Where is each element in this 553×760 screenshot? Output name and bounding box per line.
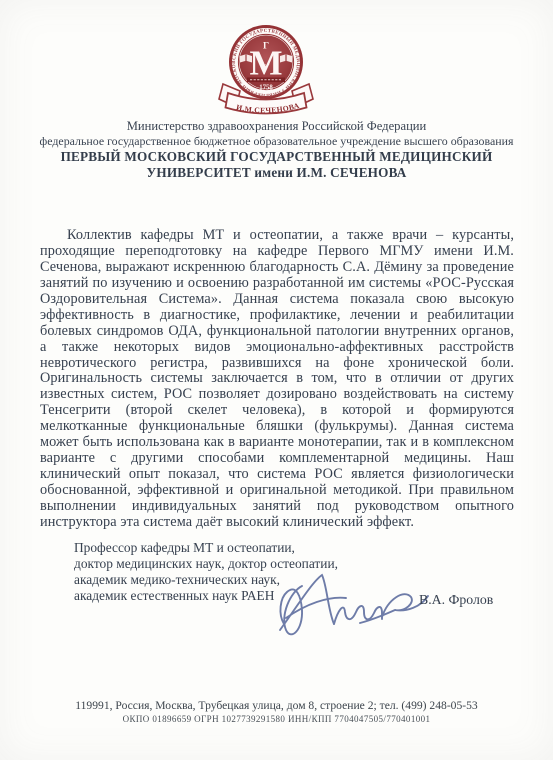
signature-ink-strokes xyxy=(280,575,428,634)
letter-page: ПЕРВЫЙ МОСКОВСКИЙ ГОСУДАРСТВЕННЫЙ МЕДИЦИ… xyxy=(0,0,553,760)
university-name-line2: УНИВЕРСИТЕТ имени И.М. СЕЧЕНОВА xyxy=(0,165,553,181)
emblem-monogram: М Г У xyxy=(249,42,282,83)
handwritten-signature xyxy=(272,568,444,656)
letter-footer: 119991, Россия, Москва, Трубецкая улица,… xyxy=(0,699,553,726)
letterhead: Министерство здравоохранения Российской … xyxy=(0,119,553,180)
address-phone-line: 119991, Россия, Москва, Трубецкая улица,… xyxy=(0,699,553,713)
letter-body-paragraph: Коллектив кафедры МТ и остеопатии, а так… xyxy=(40,228,514,530)
svg-text:1758: 1758 xyxy=(259,85,273,92)
registration-codes-line: ОКПО 01896659 ОГРН 1027739291580 ИНН/КПП… xyxy=(0,713,553,726)
university-emblem-graphic: ПЕРВЫЙ МОСКОВСКИЙ ГОСУДАРСТВЕННЫЙ МЕДИЦИ… xyxy=(202,22,330,118)
university-name-line1: ПЕРВЫЙ МОСКОВСКИЙ ГОСУДАРСТВЕННЫЙ МЕДИЦИ… xyxy=(0,149,553,165)
institution-type-line: федеральное государственное бюджетное об… xyxy=(0,134,553,149)
svg-text:Г: Г xyxy=(263,42,269,52)
signatory-title-line1: Профессор кафедры МТ и остеопатии, xyxy=(74,540,338,556)
signatory-name: В.А. Фролов xyxy=(419,592,493,608)
university-emblem: ПЕРВЫЙ МОСКОВСКИЙ ГОСУДАРСТВЕННЫЙ МЕДИЦИ… xyxy=(202,22,330,118)
ministry-line: Министерство здравоохранения Российской … xyxy=(0,119,553,134)
svg-text:У: У xyxy=(263,64,270,74)
